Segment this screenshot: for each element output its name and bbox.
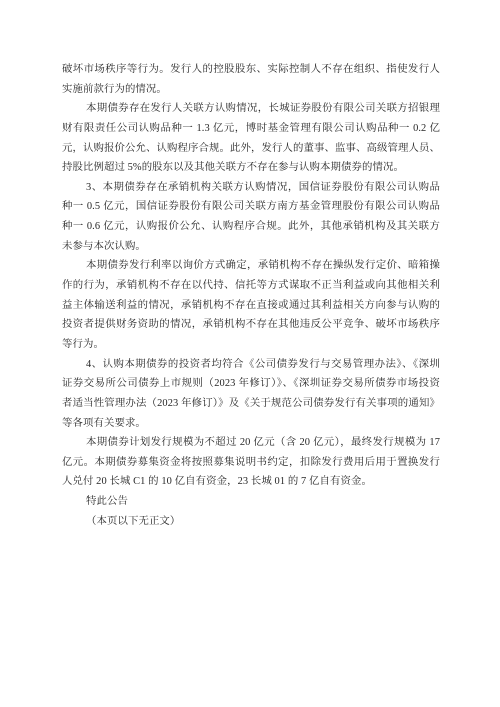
text-line: 等行为。 (62, 335, 440, 355)
text-line: 实施前款行为的情况。 (62, 80, 440, 100)
text-line: 未参与本次认购。 (62, 237, 440, 257)
text-line: 等各项有关要求。 (62, 414, 440, 434)
text-line: 持股比例超过 5%的股东以及其他关联方不存在参与认购本期债券的情况。 (62, 158, 440, 178)
text-line: 者适当性管理办法（2023 年修订）》及《关于规范公司债券发行有关事项的通知》 (62, 394, 440, 414)
text-line: 证券交易所公司债券上市规则（2023 年修订）》、《深圳证券交易所债券市场投资 (62, 374, 440, 394)
text-line: 财有限责任公司认购品种一 1.3 亿元，博时基金管理有限公司认购品种一 0.2 … (62, 119, 440, 139)
text-line: 3、本期债券存在承销机构关联方认购情况，国信证券股份有限公司认购品 (62, 178, 440, 198)
text-line: 作的行为，承销机构不存在以代持、信托等方式谋取不正当利益或向其他相关利 (62, 276, 440, 296)
text-line: 本期债券发行利率以询价方式确定，承销机构不存在操纵发行定价、暗箱操 (62, 256, 440, 276)
document-page: 破坏市场秩序等行为。发行人的控股股东、实际控制人不存在组织、指使发行人 实施前款… (0, 0, 500, 707)
text-line: 元，认购报价公允、认购程序合规。此外，发行人的董事、监事、高级管理人员、 (62, 139, 440, 159)
text-line: 投资者提供财务资助的情况，承销机构不存在其他违反公平竞争、破坏市场秩序 (62, 315, 440, 335)
text-line: 益主体输送利益的情况，承销机构不存在直接或通过其利益相关方向参与认购的 (62, 296, 440, 316)
no-more-text-note: （本页以下无正文） (62, 512, 440, 532)
document-body: 破坏市场秩序等行为。发行人的控股股东、实际控制人不存在组织、指使发行人 实施前款… (62, 60, 440, 531)
text-line: 本期债券存在发行人关联方认购情况，长城证券股份有限公司关联方招银理 (62, 99, 440, 119)
text-line: 种一 0.5 亿元，国信证券股份有限公司关联方南方基金管理股份有限公司认购品 (62, 197, 440, 217)
text-line: 本期债券计划发行规模为不超过 20 亿元（含 20 亿元），最终发行规模为 17 (62, 433, 440, 453)
text-line: 4、认购本期债券的投资者均符合《公司债券发行与交易管理办法》、《深圳 (62, 355, 440, 375)
text-line: 人兑付 20 长城 C1 的 10 亿自有资金，23 长城 01 的 7 亿自有… (62, 472, 440, 492)
closing-statement: 特此公告 (62, 492, 440, 512)
text-line: 破坏市场秩序等行为。发行人的控股股东、实际控制人不存在组织、指使发行人 (62, 60, 440, 80)
text-line: 亿元。本期债券募集资金将按照募集说明书约定，扣除发行费用后用于置换发行 (62, 453, 440, 473)
text-line: 种一 0.6 亿元，认购报价公允、认购程序合规。此外，其他承销机构及其关联方 (62, 217, 440, 237)
